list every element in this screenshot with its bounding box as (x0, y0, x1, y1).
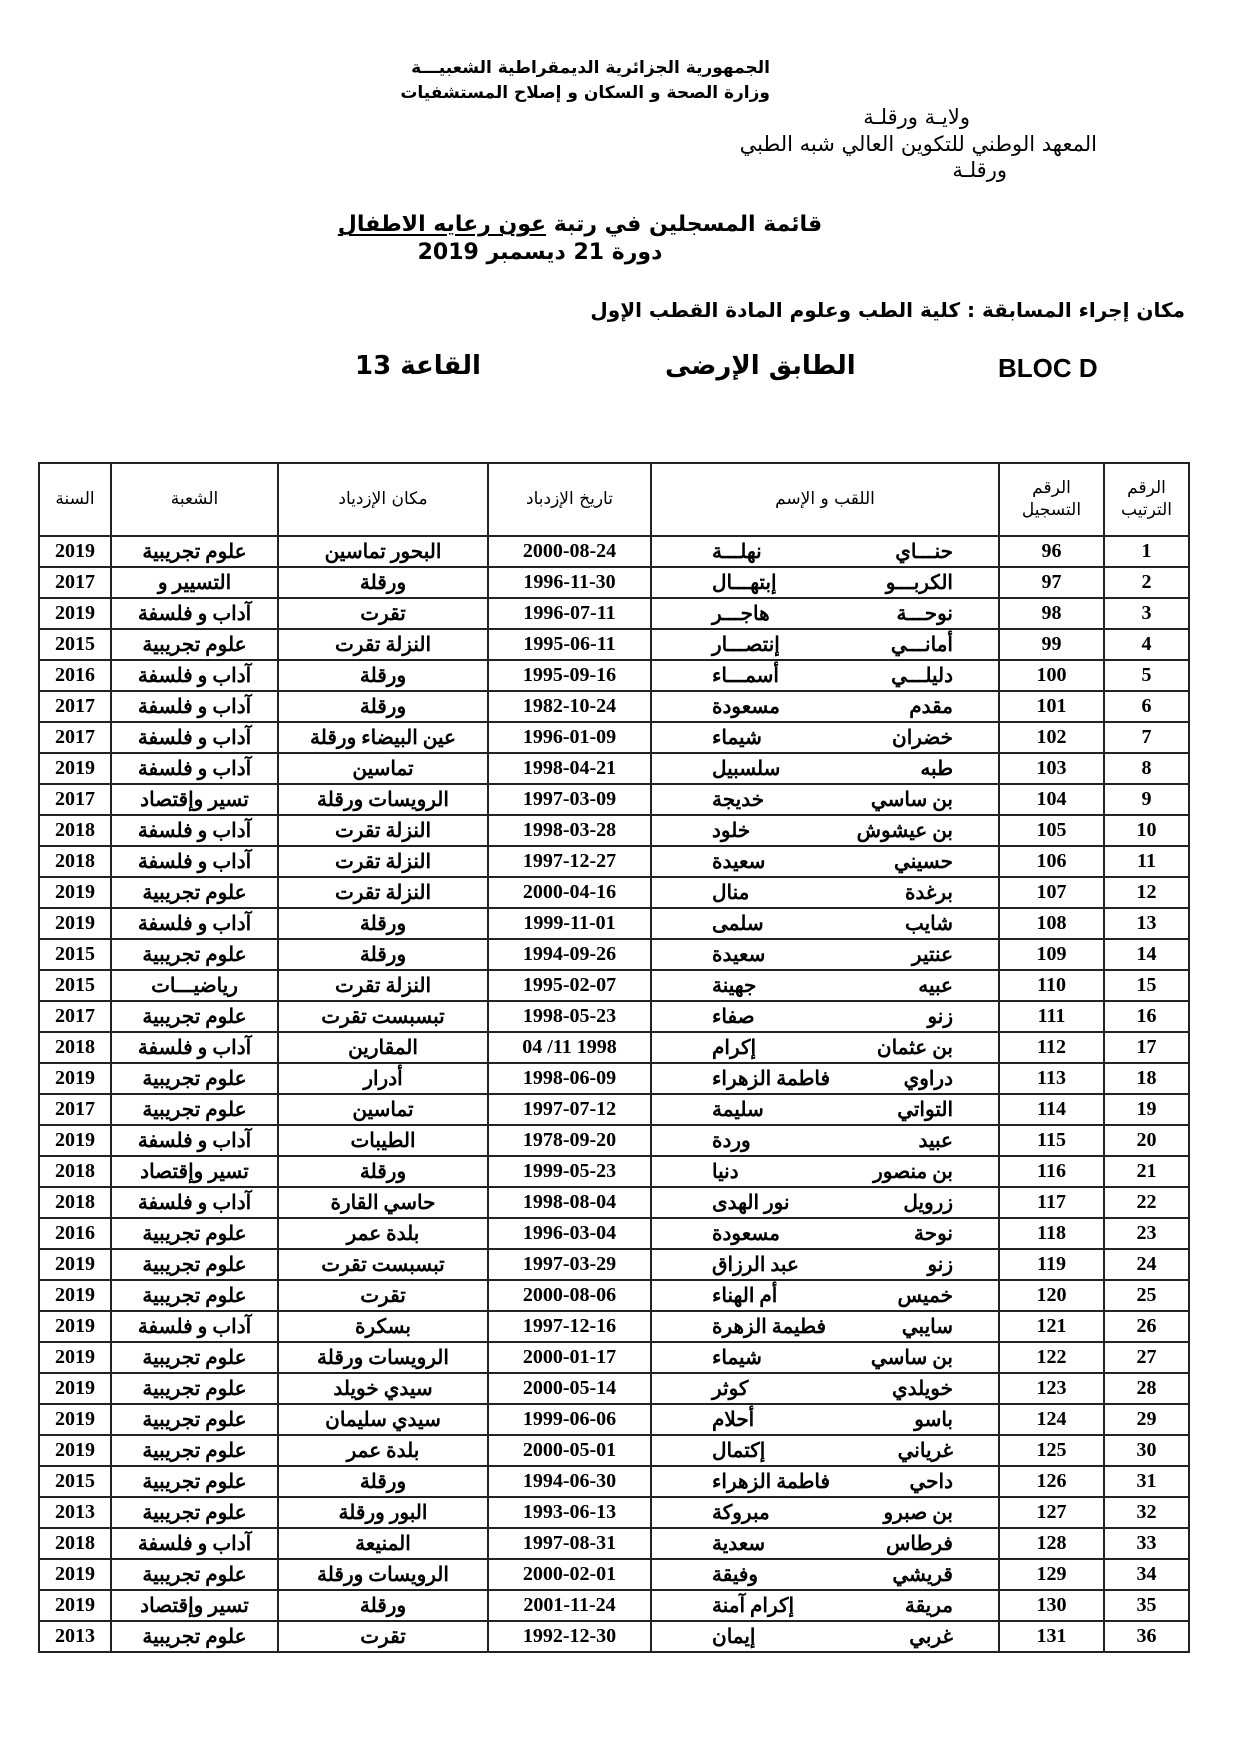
table-row: 35130مريقةإكرام آمنة2001-11-24ورقلةتسير … (39, 1590, 1189, 1621)
cell-dob: 04 /11 1998 (488, 1032, 651, 1063)
cell-dob: 2000-02-01 (488, 1559, 651, 1590)
cell-year: 2019 (39, 598, 111, 629)
first-name: صفاء (712, 1004, 755, 1029)
table-row: 5100دليلـــيأسمـــاء1995-09-16ورقلةآداب … (39, 660, 1189, 691)
last-name: بن عثمان (877, 1035, 953, 1060)
first-name: دنيا (712, 1159, 739, 1184)
cell-branch: علوم تجريبية (111, 1342, 278, 1373)
last-name: سايبي (902, 1314, 953, 1339)
last-name: الكربـــو (886, 570, 953, 595)
table-body: 196حنـــاينهلـــة2000-08-24البحور تماسين… (39, 536, 1189, 1652)
cell-pob: النزلة تقرت (278, 815, 488, 846)
cell-dob: 1998-06-09 (488, 1063, 651, 1094)
cell-order: 34 (1104, 1559, 1189, 1590)
cell-reg: 119 (999, 1249, 1104, 1280)
cell-branch: تسير وإقتصاد (111, 1156, 278, 1187)
last-name: بن عيشوش (857, 818, 953, 843)
last-name: غربي (909, 1624, 953, 1649)
cell-year: 2019 (39, 1435, 111, 1466)
cell-reg: 96 (999, 536, 1104, 567)
ministry-line: وزارة الصحة و السكان و إصلاح المستشفيات (400, 83, 770, 103)
first-name: أم الهناء (712, 1283, 777, 1308)
cell-full-name: عبيدوردة (651, 1125, 999, 1156)
cell-full-name: باسوأحلام (651, 1404, 999, 1435)
last-name: طبه (920, 756, 953, 781)
first-name: فاطمة الزهراء (712, 1469, 830, 1494)
table-row: 17112بن عثمانإكرام04 /11 1998المقارينآدا… (39, 1032, 1189, 1063)
cell-order: 18 (1104, 1063, 1189, 1094)
table-row: 36131غربيإيمان1992-12-30تقرتعلوم تجريبية… (39, 1621, 1189, 1652)
cell-full-name: عبيهجهينة (651, 970, 999, 1001)
cell-year: 2017 (39, 567, 111, 598)
table-row: 15110عبيهجهينة1995-02-07النزلة تقرترياضي… (39, 970, 1189, 1001)
cell-full-name: بن ساسيشيماء (651, 1342, 999, 1373)
cell-branch: علوم تجريبية (111, 1094, 278, 1125)
cell-pob: ورقلة (278, 1590, 488, 1621)
first-name: نور الهدى (712, 1190, 790, 1215)
cell-order: 13 (1104, 908, 1189, 939)
candidates-table: الرقم الترتيب الرقم التسجيل اللقب و الإس… (38, 462, 1190, 1653)
cell-pob: تقرت (278, 1621, 488, 1652)
cell-order: 24 (1104, 1249, 1189, 1280)
first-name: شيماء (712, 1345, 762, 1370)
city-line: ورقلـة (952, 158, 1007, 182)
cell-dob: 1996-11-30 (488, 567, 651, 598)
cell-branch: آداب و فلسفة (111, 691, 278, 722)
last-name: بن ساسي (871, 1345, 953, 1370)
cell-full-name: سايبيفطيمة الزهرة (651, 1311, 999, 1342)
institute-line: المعهد الوطني للتكوين العالي شبه الطبي (740, 132, 1097, 156)
cell-year: 2018 (39, 1187, 111, 1218)
cell-order: 26 (1104, 1311, 1189, 1342)
table-row: 32127بن صبرومبروكة1993-06-13البور ورقلةع… (39, 1497, 1189, 1528)
table-row: 28123خويلديكوثر2000-05-14سيدي خويلدعلوم … (39, 1373, 1189, 1404)
cell-reg: 129 (999, 1559, 1104, 1590)
cell-reg: 107 (999, 877, 1104, 908)
cell-year: 2018 (39, 1032, 111, 1063)
cell-reg: 102 (999, 722, 1104, 753)
session-title: دورة 21 ديسمبر 2019 (330, 240, 750, 265)
cell-pob: حاسي القارة (278, 1187, 488, 1218)
cell-full-name: غربيإيمان (651, 1621, 999, 1652)
cell-pob: تقرت (278, 598, 488, 629)
cell-dob: 2000-08-24 (488, 536, 651, 567)
cell-year: 2017 (39, 722, 111, 753)
cell-dob: 1996-03-04 (488, 1218, 651, 1249)
cell-reg: 97 (999, 567, 1104, 598)
cell-reg: 117 (999, 1187, 1104, 1218)
cell-order: 17 (1104, 1032, 1189, 1063)
cell-order: 7 (1104, 722, 1189, 753)
table-row: 30125غريانيإكتمال2000-05-01بلدة عمرعلوم … (39, 1435, 1189, 1466)
cell-reg: 98 (999, 598, 1104, 629)
cell-branch: آداب و فلسفة (111, 1311, 278, 1342)
cell-branch: علوم تجريبية (111, 1435, 278, 1466)
cell-reg: 100 (999, 660, 1104, 691)
cell-year: 2019 (39, 1311, 111, 1342)
cell-pob: تقرت (278, 1280, 488, 1311)
cell-reg: 121 (999, 1311, 1104, 1342)
first-name: شيماء (712, 725, 762, 750)
cell-year: 2013 (39, 1497, 111, 1528)
cell-dob: 1993-06-13 (488, 1497, 651, 1528)
cell-year: 2016 (39, 660, 111, 691)
cell-year: 2019 (39, 1404, 111, 1435)
cell-full-name: نوحةمسعودة (651, 1218, 999, 1249)
cell-full-name: فرطاسسعدية (651, 1528, 999, 1559)
cell-year: 2017 (39, 1094, 111, 1125)
cell-full-name: عنتيرسعيدة (651, 939, 999, 970)
cell-order: 33 (1104, 1528, 1189, 1559)
first-name: إبتهـــال (712, 570, 777, 595)
cell-order: 4 (1104, 629, 1189, 660)
cell-year: 2019 (39, 1280, 111, 1311)
first-name: إكرام (712, 1035, 756, 1060)
last-name: بن ساسي (871, 787, 953, 812)
cell-reg: 108 (999, 908, 1104, 939)
cell-year: 2018 (39, 1528, 111, 1559)
table-row: 7102خضرانشيماء1996-01-09عين البيضاء ورقل… (39, 722, 1189, 753)
last-name: بن صبرو (883, 1500, 953, 1525)
cell-pob: تماسين (278, 753, 488, 784)
first-name: إكتمال (712, 1438, 765, 1463)
table-row: 10105بن عيشوشخلود1998-03-28النزلة تقرتآد… (39, 815, 1189, 846)
col-header-pob: مكان الإزدياد (278, 463, 488, 536)
first-name: فطيمة الزهرة (712, 1314, 826, 1339)
cell-full-name: غريانيإكتمال (651, 1435, 999, 1466)
table-row: 22117زرويلنور الهدى1998-08-04حاسي القارة… (39, 1187, 1189, 1218)
last-name: فرطاس (886, 1531, 953, 1556)
cell-order: 27 (1104, 1342, 1189, 1373)
republic-line: الجمهورية الجزائرية الديمقراطية الشعبيــ… (411, 58, 770, 78)
cell-branch: آداب و فلسفة (111, 598, 278, 629)
cell-dob: 1995-09-16 (488, 660, 651, 691)
last-name: خميس (898, 1283, 953, 1308)
cell-year: 2017 (39, 1001, 111, 1032)
cell-year: 2013 (39, 1621, 111, 1652)
first-name: سعدية (712, 1531, 765, 1556)
cell-full-name: زنوصفاء (651, 1001, 999, 1032)
cell-dob: 1999-11-01 (488, 908, 651, 939)
cell-dob: 1982-10-24 (488, 691, 651, 722)
table-row: 13108شايبسلمى1999-11-01ورقلةآداب و فلسفة… (39, 908, 1189, 939)
cell-dob: 1998-04-21 (488, 753, 651, 784)
cell-branch: رياضيـــات (111, 970, 278, 1001)
cell-full-name: مقدممسعودة (651, 691, 999, 722)
cell-full-name: قريشيوفيقة (651, 1559, 999, 1590)
cell-dob: 1998-03-28 (488, 815, 651, 846)
table-row: 14109عنتيرسعيدة1994-09-26ورقلةعلوم تجريب… (39, 939, 1189, 970)
cell-full-name: نوحـــةهاجـــر (651, 598, 999, 629)
cell-pob: الرويسات ورقلة (278, 784, 488, 815)
cell-pob: بلدة عمر (278, 1435, 488, 1466)
cell-year: 2018 (39, 846, 111, 877)
cell-full-name: زنوعبد الرزاق (651, 1249, 999, 1280)
cell-full-name: داحيفاطمة الزهراء (651, 1466, 999, 1497)
cell-year: 2017 (39, 784, 111, 815)
cell-pob: سيدي سليمان (278, 1404, 488, 1435)
last-name: عنتير (912, 942, 953, 967)
cell-dob: 1997-12-16 (488, 1311, 651, 1342)
cell-pob: أدرار (278, 1063, 488, 1094)
cell-order: 16 (1104, 1001, 1189, 1032)
cell-dob: 2001-11-24 (488, 1590, 651, 1621)
table-row: 9104بن ساسيخديجة1997-03-09الرويسات ورقلة… (39, 784, 1189, 815)
cell-full-name: بن صبرومبروكة (651, 1497, 999, 1528)
cell-full-name: حنـــاينهلـــة (651, 536, 999, 567)
cell-pob: الرويسات ورقلة (278, 1342, 488, 1373)
last-name: خويلدي (892, 1376, 953, 1401)
cell-dob: 1997-03-29 (488, 1249, 651, 1280)
cell-dob: 1978-09-20 (488, 1125, 651, 1156)
cell-order: 21 (1104, 1156, 1189, 1187)
table-row: 6101مقدممسعودة1982-10-24ورقلةآداب و فلسف… (39, 691, 1189, 722)
cell-branch: علوم تجريبية (111, 1466, 278, 1497)
cell-dob: 1997-03-09 (488, 784, 651, 815)
cell-reg: 112 (999, 1032, 1104, 1063)
last-name: حسيني (894, 849, 953, 874)
cell-order: 3 (1104, 598, 1189, 629)
cell-year: 2018 (39, 815, 111, 846)
cell-year: 2019 (39, 1373, 111, 1404)
cell-pob: المنيعة (278, 1528, 488, 1559)
cell-full-name: خميسأم الهناء (651, 1280, 999, 1311)
first-name: أسمـــاء (712, 663, 779, 688)
first-name: خلود (712, 818, 750, 843)
cell-order: 2 (1104, 567, 1189, 598)
last-name: مقدم (909, 694, 953, 719)
cell-year: 2015 (39, 939, 111, 970)
cell-reg: 104 (999, 784, 1104, 815)
table-row: 18113دراويفاطمة الزهراء1998-06-09أدرارعل… (39, 1063, 1189, 1094)
cell-branch: علوم تجريبية (111, 1249, 278, 1280)
list-title: قائمة المسجلين في رتبة عون رعايه الاطفال (330, 212, 830, 237)
cell-order: 9 (1104, 784, 1189, 815)
cell-year: 2019 (39, 1590, 111, 1621)
last-name: دراوي (904, 1066, 953, 1091)
table-row: 398نوحـــةهاجـــر1996-07-11تقرتآداب و فل… (39, 598, 1189, 629)
cell-branch: آداب و فلسفة (111, 660, 278, 691)
cell-dob: 1998-08-04 (488, 1187, 651, 1218)
cell-dob: 1994-06-30 (488, 1466, 651, 1497)
last-name: نوحـــة (896, 601, 953, 626)
cell-reg: 105 (999, 815, 1104, 846)
cell-reg: 106 (999, 846, 1104, 877)
cell-order: 28 (1104, 1373, 1189, 1404)
last-name: نوحة (914, 1221, 953, 1246)
cell-pob: النزلة تقرت (278, 877, 488, 908)
cell-full-name: حسينيسعيدة (651, 846, 999, 877)
cell-full-name: دليلـــيأسمـــاء (651, 660, 999, 691)
table-row: 11106حسينيسعيدة1997-12-27النزلة تقرتآداب… (39, 846, 1189, 877)
last-name: أمانـــي (891, 632, 953, 657)
cell-reg: 128 (999, 1528, 1104, 1559)
cell-pob: بلدة عمر (278, 1218, 488, 1249)
cell-dob: 1996-07-11 (488, 598, 651, 629)
cell-reg: 122 (999, 1342, 1104, 1373)
cell-pob: تبسبست تقرت (278, 1001, 488, 1032)
last-name: قريشي (892, 1562, 953, 1587)
col-header-dob: تاريخ الإزدباد (488, 463, 651, 536)
cell-pob: تماسين (278, 1094, 488, 1125)
cell-year: 2019 (39, 1063, 111, 1094)
cell-branch: تسير وإقتصاد (111, 1590, 278, 1621)
cell-reg: 131 (999, 1621, 1104, 1652)
cell-dob: 2000-05-01 (488, 1435, 651, 1466)
cell-dob: 1997-08-31 (488, 1528, 651, 1559)
first-name: وفيقة (712, 1562, 758, 1587)
cell-branch: علوم تجريبية (111, 1404, 278, 1435)
cell-dob: 1996-01-09 (488, 722, 651, 753)
cell-branch: التسيير و (111, 567, 278, 598)
cell-pob: ورقلة (278, 1156, 488, 1187)
table-row: 297الكربـــوإبتهـــال1996-11-30ورقلةالتس… (39, 567, 1189, 598)
cell-year: 2016 (39, 1218, 111, 1249)
cell-reg: 124 (999, 1404, 1104, 1435)
cell-order: 30 (1104, 1435, 1189, 1466)
cell-year: 2019 (39, 908, 111, 939)
table-row: 23118نوحةمسعودة1996-03-04بلدة عمرعلوم تج… (39, 1218, 1189, 1249)
cell-reg: 103 (999, 753, 1104, 784)
cell-order: 1 (1104, 536, 1189, 567)
cell-order: 25 (1104, 1280, 1189, 1311)
first-name: منال (712, 880, 749, 905)
col-header-name: اللقب و الإسم (651, 463, 999, 536)
cell-branch: آداب و فلسفة (111, 753, 278, 784)
cell-branch: آداب و فلسفة (111, 1187, 278, 1218)
cell-dob: 1994-09-26 (488, 939, 651, 970)
cell-branch: علوم تجريبية (111, 536, 278, 567)
first-name: إكرام آمنة (712, 1593, 794, 1618)
table-row: 8103طبهسلسبيل1998-04-21تماسينآداب و فلسف… (39, 753, 1189, 784)
cell-pob: تبسبست تقرت (278, 1249, 488, 1280)
cell-full-name: زرويلنور الهدى (651, 1187, 999, 1218)
table-row: 33128فرطاسسعدية1997-08-31المنيعةآداب و ف… (39, 1528, 1189, 1559)
cell-year: 2018 (39, 1156, 111, 1187)
cell-dob: 1995-02-07 (488, 970, 651, 1001)
cell-order: 29 (1104, 1404, 1189, 1435)
col-header-reg: الرقم التسجيل (999, 463, 1104, 536)
room-label: القاعة 13 (355, 351, 481, 381)
cell-pob: ورقلة (278, 939, 488, 970)
cell-full-name: طبهسلسبيل (651, 753, 999, 784)
cell-dob: 1999-05-23 (488, 1156, 651, 1187)
last-name: عبيد (918, 1128, 953, 1153)
cell-full-name: شايبسلمى (651, 908, 999, 939)
cell-branch: علوم تجريبية (111, 1621, 278, 1652)
cell-pob: النزلة تقرت (278, 846, 488, 877)
wilaya-line: ولايـة ورقلـة (863, 105, 970, 129)
cell-branch: علوم تجريبية (111, 1001, 278, 1032)
cell-pob: المقارين (278, 1032, 488, 1063)
cell-branch: آداب و فلسفة (111, 1125, 278, 1156)
cell-branch: علوم تجريبية (111, 877, 278, 908)
first-name: إيمان (712, 1624, 755, 1649)
cell-reg: 127 (999, 1497, 1104, 1528)
table-row: 34129قريشيوفيقة2000-02-01الرويسات ورقلةع… (39, 1559, 1189, 1590)
cell-reg: 113 (999, 1063, 1104, 1094)
table-header-row: الرقم الترتيب الرقم التسجيل اللقب و الإس… (39, 463, 1189, 536)
cell-year: 2019 (39, 1559, 111, 1590)
cell-dob: 1995-06-11 (488, 629, 651, 660)
cell-year: 2019 (39, 1249, 111, 1280)
cell-dob: 1992-12-30 (488, 1621, 651, 1652)
last-name: دليلـــي (891, 663, 953, 688)
cell-full-name: خويلديكوثر (651, 1373, 999, 1404)
cell-reg: 120 (999, 1280, 1104, 1311)
last-name: شايب (905, 911, 953, 936)
col-header-year: السنة (39, 463, 111, 536)
cell-branch: آداب و فلسفة (111, 908, 278, 939)
cell-order: 6 (1104, 691, 1189, 722)
first-name: وردة (712, 1128, 751, 1153)
cell-reg: 111 (999, 1001, 1104, 1032)
exam-venue: مكان إجراء المسابقة : كلية الطب وعلوم ال… (590, 298, 1185, 322)
cell-branch: علوم تجريبية (111, 1063, 278, 1094)
first-name: سلمى (712, 911, 764, 936)
table-row: 196حنـــاينهلـــة2000-08-24البحور تماسين… (39, 536, 1189, 567)
first-name: عبد الرزاق (712, 1252, 799, 1277)
cell-pob: ورقلة (278, 691, 488, 722)
cell-full-name: مريقةإكرام آمنة (651, 1590, 999, 1621)
cell-pob: النزلة تقرت (278, 629, 488, 660)
cell-dob: 1999-06-06 (488, 1404, 651, 1435)
cell-reg: 115 (999, 1125, 1104, 1156)
cell-branch: آداب و فلسفة (111, 722, 278, 753)
cell-dob: 2000-05-14 (488, 1373, 651, 1404)
cell-full-name: بن منصوردنيا (651, 1156, 999, 1187)
col-header-branch: الشعبة (111, 463, 278, 536)
cell-branch: علوم تجريبية (111, 1559, 278, 1590)
cell-full-name: بن ساسيخديجة (651, 784, 999, 815)
cell-order: 14 (1104, 939, 1189, 970)
cell-year: 2015 (39, 629, 111, 660)
cell-order: 31 (1104, 1466, 1189, 1497)
first-name: مسعودة (712, 1221, 780, 1246)
cell-full-name: برغدةمنال (651, 877, 999, 908)
cell-year: 2019 (39, 1342, 111, 1373)
cell-pob: ورقلة (278, 908, 488, 939)
cell-year: 2017 (39, 691, 111, 722)
first-name: نهلـــة (712, 539, 762, 564)
cell-order: 36 (1104, 1621, 1189, 1652)
cell-pob: البور ورقلة (278, 1497, 488, 1528)
cell-branch: علوم تجريبية (111, 629, 278, 660)
cell-branch: آداب و فلسفة (111, 1528, 278, 1559)
cell-branch: علوم تجريبية (111, 1218, 278, 1249)
first-name: هاجـــر (712, 601, 770, 626)
cell-year: 2019 (39, 753, 111, 784)
cell-pob: بسكرة (278, 1311, 488, 1342)
cell-branch: علوم تجريبية (111, 1280, 278, 1311)
last-name: زرويل (903, 1190, 953, 1215)
table-row: 24119زنوعبد الرزاق1997-03-29تبسبست تقرتع… (39, 1249, 1189, 1280)
table-row: 21116بن منصوردنيا1999-05-23ورقلةتسير وإق… (39, 1156, 1189, 1187)
table-row: 26121سايبيفطيمة الزهرة1997-12-16بسكرةآدا… (39, 1311, 1189, 1342)
first-name: إنتصـــار (712, 632, 780, 657)
cell-reg: 130 (999, 1590, 1104, 1621)
table-row: 16111زنوصفاء1998-05-23تبسبست تقرتعلوم تج… (39, 1001, 1189, 1032)
cell-pob: الرويسات ورقلة (278, 1559, 488, 1590)
last-name: برغدة (905, 880, 953, 905)
cell-year: 2015 (39, 1466, 111, 1497)
table-row: 19114التواتيسليمة1997-07-12تماسينعلوم تج… (39, 1094, 1189, 1125)
cell-branch: آداب و فلسفة (111, 1032, 278, 1063)
table-row: 25120خميسأم الهناء2000-08-06تقرتعلوم تجر… (39, 1280, 1189, 1311)
cell-order: 8 (1104, 753, 1189, 784)
cell-year: 2019 (39, 536, 111, 567)
last-name: مريقة (905, 1593, 953, 1618)
